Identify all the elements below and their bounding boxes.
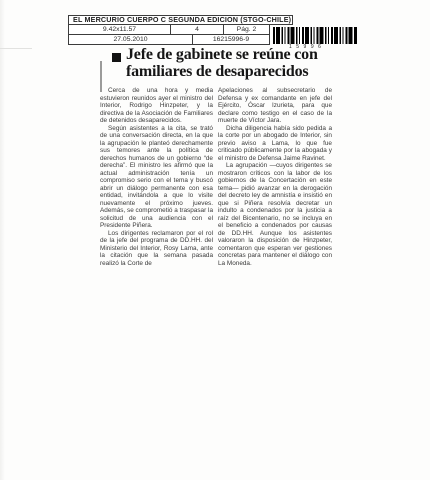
- paragraph: Según asistentes a la cita, se trató de …: [100, 125, 213, 230]
- article-column-left: Cerca de una hora y media estuvieron reu…: [100, 87, 213, 267]
- paragraph: Cerca de una hora y media estuvieron reu…: [100, 87, 213, 125]
- clip-size-field: 9.42x11.57: [69, 25, 171, 34]
- paragraph: La agrupación —cuyos dirigentes se mostr…: [218, 162, 332, 267]
- clip-header-title: EL MERCURIO CUERPO C SEGUNDA EDICION (ST…: [68, 15, 293, 25]
- article-headline: Jefe de gabinete se reúne con familiares…: [126, 46, 344, 80]
- clip-header-row-2: 9.42x11.57 4 Pág. 2: [68, 25, 270, 35]
- clip-id-field: 16215996-9: [193, 35, 269, 44]
- scanned-press-clipping-page: EL MERCURIO CUERPO C SEGUNDA EDICION (ST…: [0, 0, 430, 480]
- clip-page-field: Pág. 2: [224, 25, 269, 34]
- clip-date-field: 27.05.2010: [69, 35, 193, 44]
- paragraph: Los dirigentes reclamaron por el rol de …: [100, 230, 213, 268]
- headline-line-2: familiares de desaparecidos: [126, 63, 344, 80]
- clip-column-field: 4: [171, 25, 224, 34]
- headline-line-1: Jefe de gabinete se reúne con: [126, 46, 344, 63]
- scan-artifact-line: [0, 48, 32, 49]
- barcode: [273, 27, 357, 44]
- headline-bullet-square: [112, 53, 121, 62]
- scan-edge-shadow: [0, 0, 5, 480]
- article-column-right: Apelaciones al subsecretario de Defensa …: [218, 87, 332, 267]
- paragraph: Dicha diligencia había sido pedida a la …: [218, 125, 332, 163]
- paragraph-continuation: Apelaciones al subsecretario de Defensa …: [218, 87, 332, 125]
- clip-header-row-3: 27.05.2010 16215996-9: [68, 35, 270, 45]
